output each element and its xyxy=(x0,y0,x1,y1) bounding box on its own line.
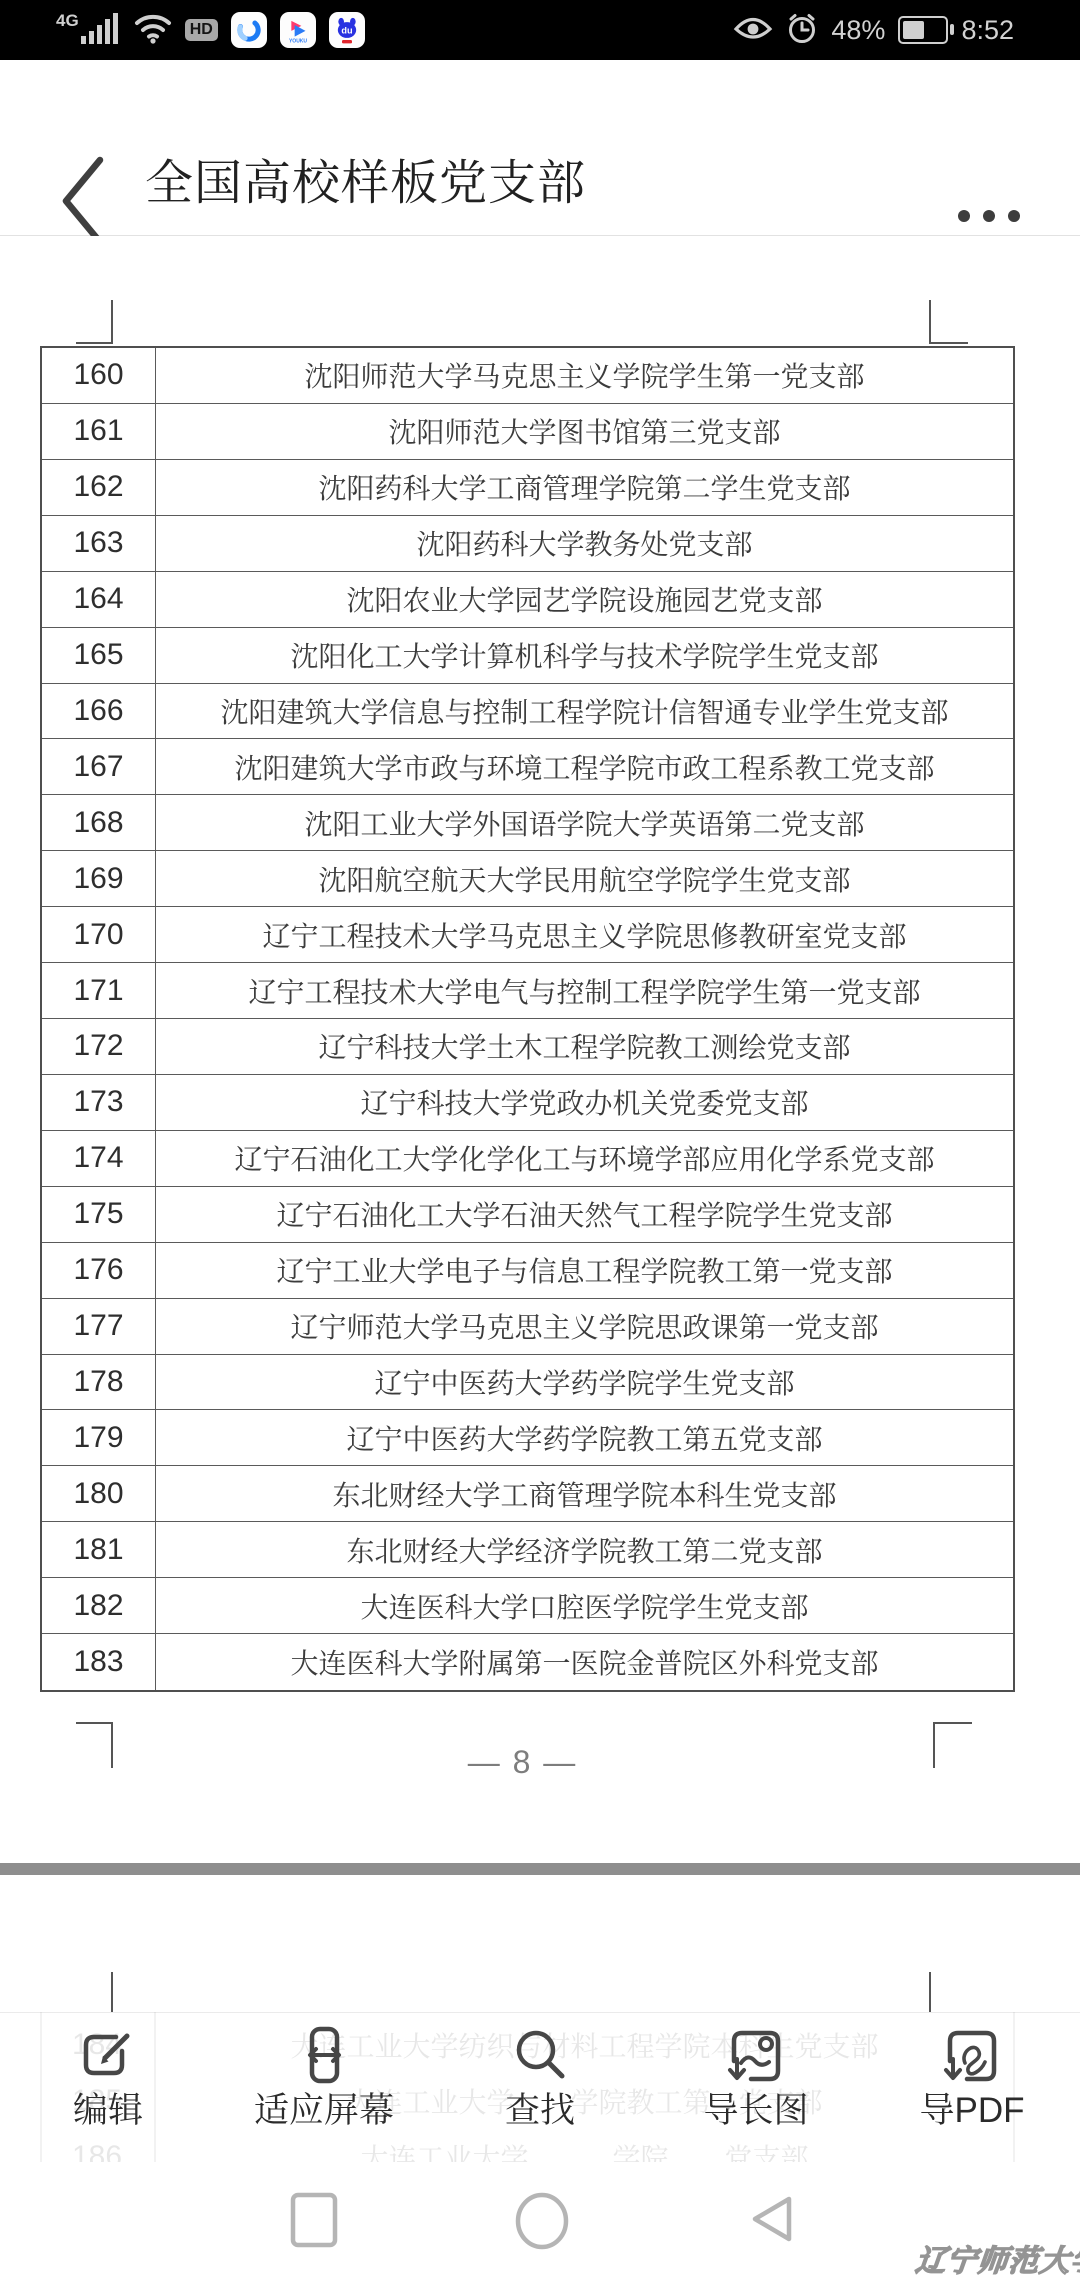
table-row: 178 辽宁中医药大学药学院学生党支部 xyxy=(42,1355,1013,1411)
back-nav-button[interactable] xyxy=(745,2192,797,2251)
signal-strength-icon xyxy=(81,10,121,51)
row-number-cell: 169 xyxy=(42,851,156,906)
row-number-cell: 172 xyxy=(42,1019,156,1074)
branch-name-cell: 辽宁工程技术大学电气与控制工程学院学生第一党支部 xyxy=(156,963,1013,1018)
fit-screen-icon xyxy=(292,2023,356,2087)
status-bar-right: 48% 8:52 xyxy=(733,12,1014,49)
export-long-image-button[interactable]: 导长图 xyxy=(648,2013,864,2162)
table-row: 177 辽宁师范大学马克思主义学院思政课第一党支部 xyxy=(42,1299,1013,1355)
table-row: 175 辽宁石油化工大学石油天然气工程学院学生党支部 xyxy=(42,1187,1013,1243)
table-row: 183 大连医科大学附属第一医院金普院区外科党支部 xyxy=(42,1634,1013,1690)
table-row: 171 辽宁工程技术大学电气与控制工程学院学生第一党支部 xyxy=(42,963,1013,1019)
row-number-cell: 160 xyxy=(42,348,156,403)
branch-name-cell: 大连医科大学附属第一医院金普院区外科党支部 xyxy=(156,1634,1013,1690)
branch-name-cell: 沈阳工业大学外国语学院大学英语第二党支部 xyxy=(156,795,1013,850)
edit-icon xyxy=(76,2023,140,2087)
export-long-image-icon xyxy=(724,2023,788,2087)
status-bar: 4G HD xyxy=(0,0,1080,60)
branch-name-cell: 沈阳师范大学马克思主义学院学生第一党支部 xyxy=(156,348,1013,403)
branch-name-cell: 沈阳建筑大学市政与环境工程学院市政工程系教工党支部 xyxy=(156,739,1013,794)
page-title: 全国高校样板党支部 xyxy=(145,144,586,213)
youku-notification-icon: YOUKU xyxy=(280,12,316,48)
home-button[interactable] xyxy=(514,2192,570,2255)
crop-mark-top-right xyxy=(929,300,968,344)
youku-label: YOUKU xyxy=(289,39,307,45)
row-number-cell: 162 xyxy=(42,460,156,515)
document-toolbar: 编辑 适应屏幕 查找 xyxy=(0,2012,1080,2162)
table-row: 161 沈阳师范大学图书馆第三党支部 xyxy=(42,404,1013,460)
battery-percent-label: 48% xyxy=(831,17,885,44)
table-row: 180 东北财经大学工商管理学院本科生党支部 xyxy=(42,1466,1013,1522)
table-row: 167 沈阳建筑大学市政与环境工程学院市政工程系教工党支部 xyxy=(42,739,1013,795)
export-pdf-button[interactable]: 导PDF xyxy=(864,2013,1080,2162)
wifi-icon xyxy=(134,12,172,49)
row-number-cell: 165 xyxy=(42,628,156,683)
branch-name-cell: 辽宁石油化工大学石油天然气工程学院学生党支部 xyxy=(156,1187,1013,1242)
eye-comfort-icon xyxy=(733,14,773,47)
table-row: 162 沈阳药科大学工商管理学院第二学生党支部 xyxy=(42,460,1013,516)
app-header: 全国高校样板党支部 QQ浏览器文件服务 xyxy=(0,60,1080,236)
watermark: 辽宁师范大学 xyxy=(914,2236,1080,2280)
table-row: 166 沈阳建筑大学信息与控制工程学院计信智通专业学生党支部 xyxy=(42,684,1013,740)
toolbar-label: 编辑 xyxy=(73,2093,143,2128)
party-branch-table: 160 沈阳师范大学马克思主义学院学生第一党支部 161 沈阳师范大学图书馆第三… xyxy=(40,346,1015,1692)
qq-browser-notification-icon xyxy=(231,12,267,48)
status-bar-left: 4G HD xyxy=(56,10,365,51)
branch-name-cell: 辽宁工程技术大学马克思主义学院思修教研室党支部 xyxy=(156,907,1013,962)
table-row: 160 沈阳师范大学马克思主义学院学生第一党支部 xyxy=(42,348,1013,404)
baidu-notification-icon: du xyxy=(329,12,365,48)
table-row: 163 沈阳药科大学教务处党支部 xyxy=(42,516,1013,572)
row-number-cell: 161 xyxy=(42,404,156,459)
table-row: 168 沈阳工业大学外国语学院大学英语第二党支部 xyxy=(42,795,1013,851)
alarm-icon xyxy=(786,12,818,49)
battery-icon xyxy=(898,16,948,44)
search-icon xyxy=(508,2023,572,2087)
dot-icon xyxy=(958,210,970,222)
row-number-cell: 183 xyxy=(42,1634,156,1690)
recents-button[interactable] xyxy=(290,2192,338,2253)
row-number-cell: 182 xyxy=(42,1578,156,1633)
branch-name-cell: 辽宁石油化工大学化学化工与环境学部应用化学系党支部 xyxy=(156,1131,1013,1186)
toolbar-label: 导长图 xyxy=(703,2093,808,2128)
row-number-cell: 174 xyxy=(42,1131,156,1186)
baidu-du-label: du xyxy=(341,25,352,35)
branch-name-cell: 辽宁中医药大学药学院学生党支部 xyxy=(156,1355,1013,1410)
branch-name-cell: 沈阳化工大学计算机科学与技术学院学生党支部 xyxy=(156,628,1013,683)
table-row: 170 辽宁工程技术大学马克思主义学院思修教研室党支部 xyxy=(42,907,1013,963)
row-number-cell: 176 xyxy=(42,1243,156,1298)
row-number-cell: 171 xyxy=(42,963,156,1018)
branch-name-cell: 辽宁工业大学电子与信息工程学院教工第一党支部 xyxy=(156,1243,1013,1298)
branch-name-cell: 沈阳农业大学园艺学院设施园艺党支部 xyxy=(156,572,1013,627)
toolbar-label: 导PDF xyxy=(919,2093,1024,2128)
branch-name-cell: 辽宁师范大学马克思主义学院思政课第一党支部 xyxy=(156,1299,1013,1354)
branch-name-cell: 大连医科大学口腔医学院学生党支部 xyxy=(156,1578,1013,1633)
page-separator-bar xyxy=(0,1863,1080,1875)
branch-name-cell: 东北财经大学经济学院教工第二党支部 xyxy=(156,1522,1013,1577)
row-number-cell: 179 xyxy=(42,1410,156,1465)
branch-name-cell: 辽宁科技大学党政办机关党委党支部 xyxy=(156,1075,1013,1130)
row-number-cell: 181 xyxy=(42,1522,156,1577)
toolbar-label: 适应屏幕 xyxy=(254,2093,394,2128)
branch-name-cell: 沈阳药科大学教务处党支部 xyxy=(156,516,1013,571)
table-row: 181 东北财经大学经济学院教工第二党支部 xyxy=(42,1522,1013,1578)
phone-screen: 4G HD xyxy=(0,0,1080,2280)
fit-screen-button[interactable]: 适应屏幕 xyxy=(216,2013,432,2162)
find-button[interactable]: 查找 xyxy=(432,2013,648,2162)
hd-voice-badge: HD xyxy=(185,19,218,41)
table-row: 182 大连医科大学口腔医学院学生党支部 xyxy=(42,1578,1013,1634)
more-menu-button[interactable] xyxy=(958,210,1020,222)
row-number-cell: 178 xyxy=(42,1355,156,1410)
crop-mark-next-page-right xyxy=(929,1972,931,2012)
network-type-label: 4G xyxy=(56,12,79,29)
row-number-cell: 173 xyxy=(42,1075,156,1130)
pdf-page-view[interactable]: 160 沈阳师范大学马克思主义学院学生第一党支部 161 沈阳师范大学图书馆第三… xyxy=(0,236,1080,1863)
branch-name-cell: 沈阳药科大学工商管理学院第二学生党支部 xyxy=(156,460,1013,515)
branch-name-cell: 辽宁中医药大学药学院教工第五党支部 xyxy=(156,1410,1013,1465)
branch-name-cell: 沈阳建筑大学信息与控制工程学院计信智通专业学生党支部 xyxy=(156,684,1013,739)
edit-button[interactable]: 编辑 xyxy=(0,2013,216,2162)
dot-icon xyxy=(983,210,995,222)
network-indicator: 4G xyxy=(56,10,121,51)
table-row: 164 沈阳农业大学园艺学院设施园艺党支部 xyxy=(42,572,1013,628)
row-number-cell: 164 xyxy=(42,572,156,627)
row-number-cell: 167 xyxy=(42,739,156,794)
row-number-cell: 166 xyxy=(42,684,156,739)
crop-mark-top-left xyxy=(76,300,113,344)
branch-name-cell: 辽宁科技大学土木工程学院教工测绘党支部 xyxy=(156,1019,1013,1074)
row-number-cell: 175 xyxy=(42,1187,156,1242)
branch-name-cell: 沈阳航空航天大学民用航空学院学生党支部 xyxy=(156,851,1013,906)
table-row: 165 沈阳化工大学计算机科学与技术学院学生党支部 xyxy=(42,628,1013,684)
branch-name-cell: 沈阳师范大学图书馆第三党支部 xyxy=(156,404,1013,459)
row-number-cell: 168 xyxy=(42,795,156,850)
table-row: 172 辽宁科技大学土木工程学院教工测绘党支部 xyxy=(42,1019,1013,1075)
table-row: 179 辽宁中医药大学药学院教工第五党支部 xyxy=(42,1410,1013,1466)
table-row: 169 沈阳航空航天大学民用航空学院学生党支部 xyxy=(42,851,1013,907)
table-row: 173 辽宁科技大学党政办机关党委党支部 xyxy=(42,1075,1013,1131)
table-row: 176 辽宁工业大学电子与信息工程学院教工第一党支部 xyxy=(42,1243,1013,1299)
row-number-cell: 177 xyxy=(42,1299,156,1354)
dot-icon xyxy=(1008,210,1020,222)
row-number-cell: 170 xyxy=(42,907,156,962)
toolbar-label: 查找 xyxy=(505,2093,575,2128)
row-number-cell: 163 xyxy=(42,516,156,571)
row-number-cell: 180 xyxy=(42,1466,156,1521)
page-number-label: — 8 — xyxy=(0,1744,1045,1781)
clock-label: 8:52 xyxy=(961,17,1014,44)
table-row: 174 辽宁石油化工大学化学化工与环境学部应用化学系党支部 xyxy=(42,1131,1013,1187)
export-pdf-icon xyxy=(940,2023,1004,2087)
branch-name-cell: 东北财经大学工商管理学院本科生党支部 xyxy=(156,1466,1013,1521)
crop-mark-next-page-left xyxy=(111,1972,113,2012)
